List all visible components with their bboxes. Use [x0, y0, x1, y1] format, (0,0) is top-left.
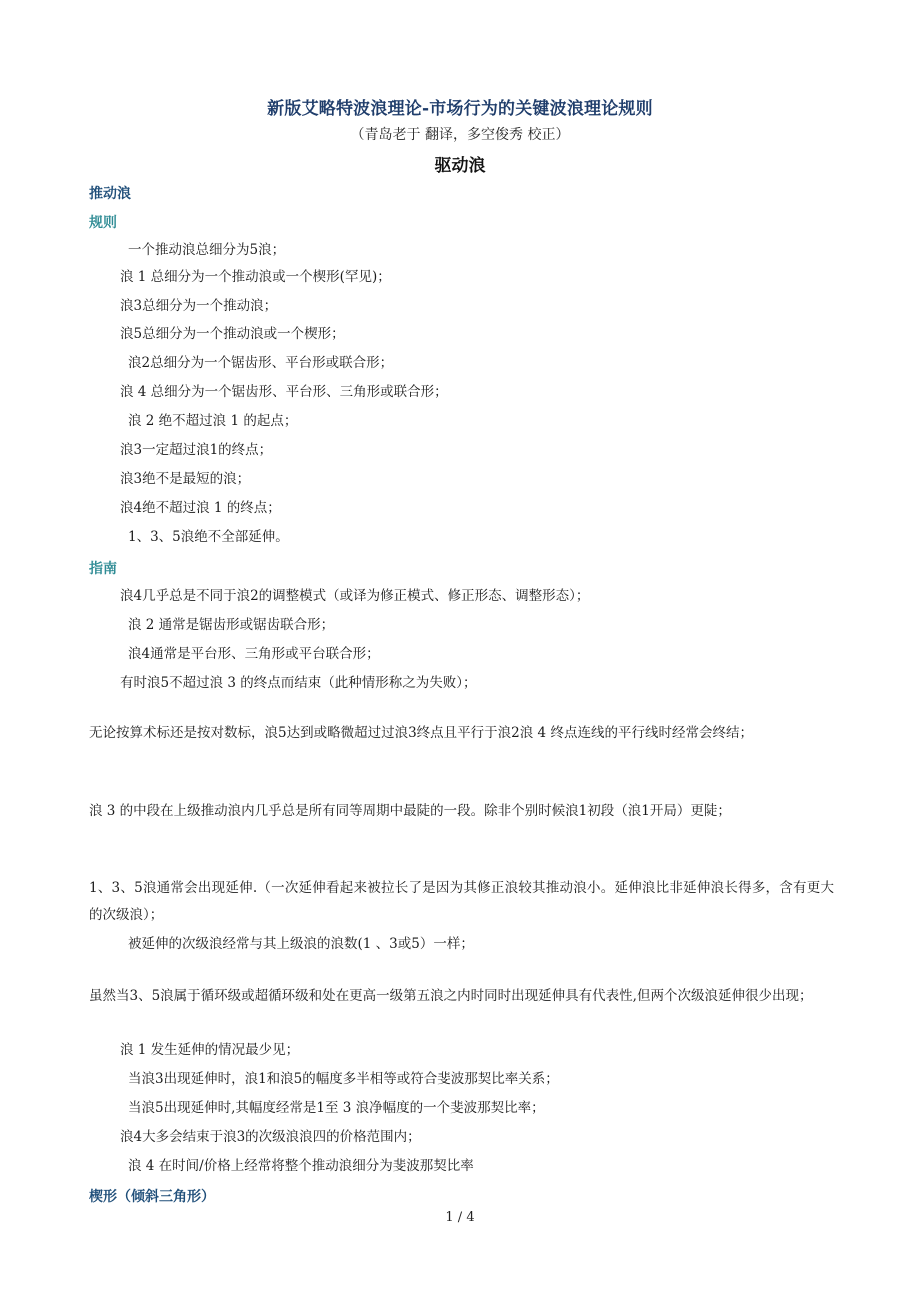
extension-item: 浪 4 在时间/价格上经常将整个推动浪细分为斐波那契比率 — [128, 1157, 474, 1175]
rule-item: 浪5总细分为一个推动浪或一个楔形； — [120, 325, 345, 343]
guideline-item: 浪4几乎总是不同于浪2的调整模式（或译为修正模式、修正形态、调整形态）； — [120, 587, 589, 605]
rule-item: 浪 1 总细分为一个推动浪或一个楔形(罕见)； — [120, 268, 391, 286]
guideline-item: 有时浪5不超过浪 3 的终点而结束（此种情形称之为失败）； — [120, 674, 477, 692]
heading-wedge: 楔形（倾斜三角形） — [89, 1186, 215, 1206]
rule-item: 浪3总细分为一个推动浪； — [120, 297, 277, 315]
rule-item: 一个推动浪总细分为5浪； — [128, 241, 285, 259]
heading-rules: 规则 — [89, 212, 117, 232]
rule-item: 浪4绝不超过浪 1 的终点； — [120, 499, 281, 517]
guideline-paragraph: 无论按算术标还是按对数标，浪5达到或略微超过过浪3终点且平行于浪2浪 4 终点连… — [89, 720, 834, 747]
extension-item: 当浪3出现延伸时，浪1和浪5的幅度多半相等或符合斐波那契比率关系； — [128, 1070, 559, 1088]
document-title: 新版艾略特波浪理论-市场行为的关键波浪理论规则 — [0, 94, 920, 119]
guideline-paragraph: 浪 3 的中段在上级推动浪内几乎总是所有同等周期中最陡的一段。除非个别时候浪1初… — [89, 798, 834, 825]
rule-item: 浪2总细分为一个锯齿形、平台形或联合形； — [128, 354, 393, 372]
document-subtitle: （青岛老于 翻译，多空俊秀 校正） — [0, 124, 920, 144]
heading-guidelines: 指南 — [89, 558, 117, 578]
rule-item: 1、3、5浪绝不全部延伸。 — [128, 528, 289, 546]
rule-item: 浪3绝不是最短的浪； — [120, 470, 250, 488]
guideline-paragraph: 1、3、5浪通常会出现延伸.（一次延伸看起来被拉长了是因为其修正浪较其推动浪小。… — [89, 875, 834, 929]
guideline-item: 浪 2 通常是锯齿形或锯齿联合形； — [128, 616, 334, 634]
page-number: 1 / 4 — [0, 1210, 920, 1225]
heading-impulse-wave: 推动浪 — [89, 183, 131, 203]
section-title-motive-wave: 驱动浪 — [0, 151, 920, 176]
extension-item: 当浪5出现延伸时,其幅度经常是1至 3 浪净幅度的一个斐波那契比率； — [128, 1099, 545, 1117]
guideline-item: 浪4通常是平台形、三角形或平台联合形； — [128, 645, 380, 663]
rule-item: 浪 2 绝不超过浪 1 的起点； — [128, 412, 297, 430]
guideline-paragraph: 虽然当3、5浪属于循环级或超循环级和处在更高一级第五浪之内时同时出现延伸具有代表… — [89, 983, 834, 1010]
extension-item: 浪 1 发生延伸的情况最少见； — [120, 1041, 299, 1059]
extension-item: 浪4大多会结束于浪3的次级浪浪四的价格范围内； — [120, 1128, 421, 1146]
document-page: 新版艾略特波浪理论-市场行为的关键波浪理论规则 （青岛老于 翻译，多空俊秀 校正… — [0, 0, 920, 1302]
rule-item: 浪 4 总细分为一个锯齿形、平台形、三角形或联合形； — [120, 383, 448, 401]
rule-item: 浪3一定超过浪1的终点； — [120, 441, 272, 459]
extension-note: 被延伸的次级浪经常与其上级浪的浪数(1 、3或5）一样； — [128, 935, 474, 953]
